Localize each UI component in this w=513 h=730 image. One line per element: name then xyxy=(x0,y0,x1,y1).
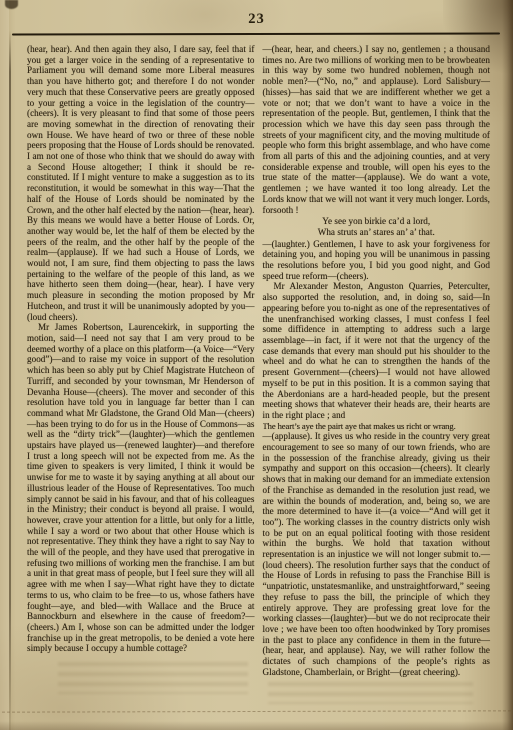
header-rule xyxy=(12,32,500,35)
text-columns: (hear, hear). And then again they also, … xyxy=(27,44,490,677)
paragraph-continued: —(hear, hear, and cheers.) I say no, gen… xyxy=(263,44,491,215)
left-margin xyxy=(0,0,9,730)
bottom-edge-shadow xyxy=(0,721,513,730)
paper-crease xyxy=(2,710,511,712)
page-edge-shadow xyxy=(502,0,513,730)
page-gutter-line xyxy=(9,30,11,730)
text-column-right: —(hear, hear, and cheers.) I say no, gen… xyxy=(263,44,491,677)
paragraph: Mr Alexander Meston, Anguston Quarries, … xyxy=(263,281,491,420)
scanned-page: 23 (hear, hear). And then again they als… xyxy=(0,0,513,730)
paragraph-continued: (hear, hear). And then again they also, … xyxy=(27,44,255,322)
paragraph: —(laughter.) Gentlemen, I have to ask yo… xyxy=(263,239,491,282)
paragraph: —(applause). It gives us who reside in t… xyxy=(263,431,491,677)
verse-line: Ye see yon birkie ca’d a lord, xyxy=(263,216,491,227)
showthrough-text-right xyxy=(268,682,473,704)
verse-quote: Ye see yon birkie ca’d a lord, Wha strut… xyxy=(263,216,491,237)
page-number: 23 xyxy=(0,11,513,28)
text-column-left: (hear, hear). And then again they also, … xyxy=(27,44,255,677)
paragraph: Mr James Robertson, Laurencekirk, in sup… xyxy=(27,322,255,654)
verse-line: Wha struts an’ stares an’ a’ that. xyxy=(263,227,491,238)
corner-mark-top-left xyxy=(5,0,18,9)
quote-line: The heart’s aye the pairt aye that makes… xyxy=(263,421,491,432)
